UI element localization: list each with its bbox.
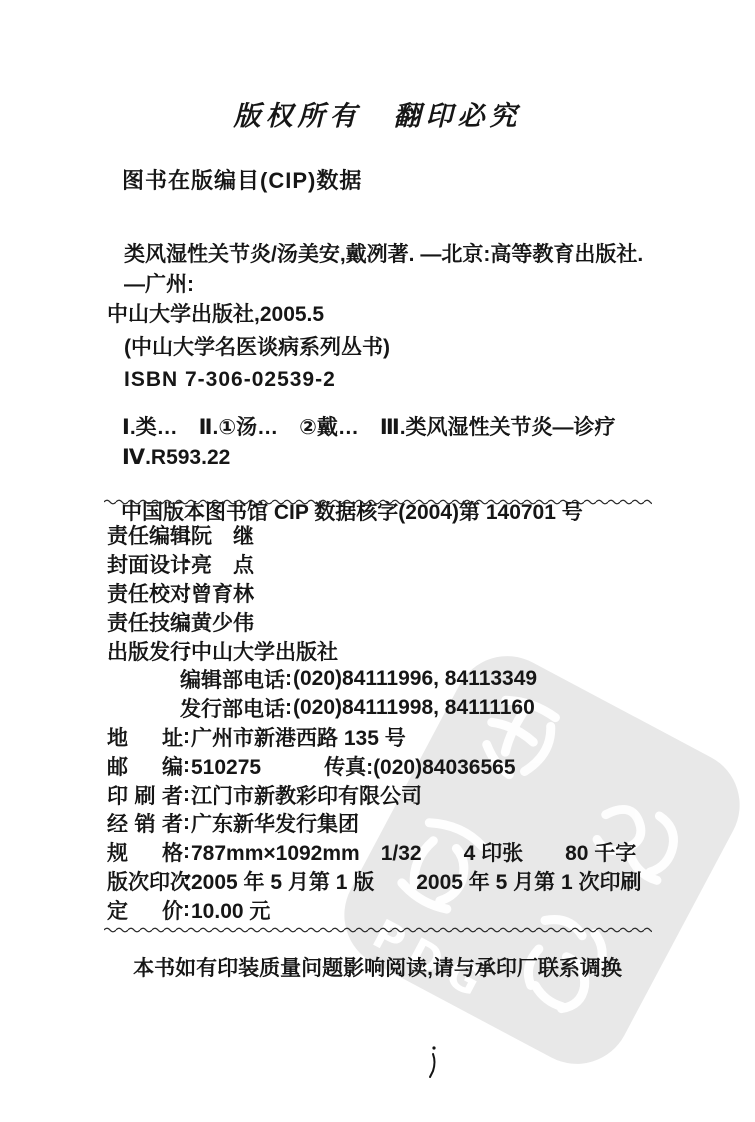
- colophon-value: 江门市新教彩印有限公司: [191, 780, 422, 810]
- colophon-label: 规格: [107, 837, 183, 867]
- colon: :: [285, 667, 292, 691]
- colon: :: [183, 581, 190, 605]
- colon: :: [183, 783, 190, 807]
- colophon-row: 定价:10.00 元: [107, 895, 687, 924]
- colophon-row: 发行部电话:(020)84111998, 84111160: [180, 694, 687, 723]
- colophon-row: 责任编辑:阮 继: [107, 521, 687, 550]
- colophon-value: 2005 年 5 月第 1 版 2005 年 5 月第 1 次印刷: [191, 866, 642, 896]
- cip-block: 图书在版编目(CIP)数据 类风湿性关节炎/汤美安,戴冽著. —北京:高等教育出…: [107, 166, 659, 528]
- cip-heading: 图书在版编目(CIP)数据: [107, 166, 659, 196]
- colophon-label: 出版发行: [107, 636, 183, 666]
- colon: :: [183, 898, 190, 922]
- isbn: ISBN 7-306-02539-2: [107, 365, 659, 395]
- colophon-row: 编辑部电话:(020)84111996, 84113349: [180, 665, 687, 694]
- colon: :: [183, 552, 190, 576]
- colophon-label: 责任编辑: [107, 520, 183, 550]
- colophon-label: 发行部电话: [180, 693, 285, 723]
- colophon-value: (020)84111998, 84111160: [293, 696, 535, 720]
- quality-note: 本书如有印装质量问题影响阅读,请与承印厂联系调换: [0, 952, 755, 982]
- colon: :: [285, 696, 292, 720]
- colon: :: [183, 610, 190, 634]
- wavy-divider-bottom: [104, 926, 652, 934]
- colophon-label: 邮编: [107, 751, 183, 781]
- cip-entry-line-2: 中山大学出版社,2005.5: [107, 300, 659, 330]
- colophon-label: 责任校对: [107, 578, 183, 608]
- colophon: 责任编辑:阮 继 封面设计:亮 点 责任校对:曾育林 责任技编:黄少伟 出版发行…: [107, 521, 687, 924]
- colophon-value: (020)84111996, 84113349: [293, 667, 537, 691]
- colophon-label: 定价: [107, 895, 183, 925]
- colophon-label: 封面设计: [107, 549, 183, 579]
- colophon-row: 责任校对:曾育林: [107, 579, 687, 608]
- colon: :: [183, 840, 190, 864]
- colon: :: [183, 725, 190, 749]
- colon: :: [183, 811, 190, 835]
- colophon-label: 编辑部电话: [180, 664, 285, 694]
- colophon-label: 印刷者: [107, 780, 183, 810]
- colophon-label: 地址: [107, 722, 183, 752]
- colophon-row: 封面设计:亮 点: [107, 550, 687, 579]
- pen-mark: [424, 1044, 440, 1082]
- cip-classification: Ⅰ.类… Ⅱ.①汤… ②戴… Ⅲ.类风湿性关节炎—诊疗 Ⅳ.R593.22: [107, 413, 659, 473]
- colophon-label: 责任技编: [107, 607, 183, 637]
- colophon-value: 10.00 元: [191, 895, 270, 925]
- colophon-value: 510275 传真:(020)84036565: [191, 751, 516, 781]
- colophon-row: 规格:787mm×1092mm 1/32 4 印张 80 千字: [107, 838, 687, 867]
- colophon-value: 787mm×1092mm 1/32 4 印张 80 千字: [191, 837, 636, 867]
- colophon-value: 黄少伟: [191, 607, 254, 637]
- colophon-row: 邮编:510275 传真:(020)84036565: [107, 751, 687, 780]
- colon: :: [183, 523, 190, 547]
- colophon-row: 责任技编:黄少伟: [107, 607, 687, 636]
- series-note: (中山大学名医谈病系列丛书): [107, 333, 659, 363]
- colophon-value: 中山大学出版社: [191, 636, 338, 666]
- copyright-notice: 版权所有 翻印必究: [0, 94, 755, 133]
- colon: :: [183, 754, 190, 778]
- colophon-value: 阮 继: [191, 520, 254, 550]
- cip-entry-line-1: 类风湿性关节炎/汤美安,戴冽著. —北京:高等教育出版社. —广州:: [107, 240, 659, 300]
- colon: :: [183, 639, 190, 663]
- colophon-label: 版次印次: [107, 866, 183, 896]
- colophon-label: 经销者: [107, 808, 183, 838]
- colophon-value: 亮 点: [191, 549, 254, 579]
- colophon-row: 地址:广州市新港西路 135 号: [107, 723, 687, 752]
- colophon-value: 曾育林: [191, 578, 254, 608]
- wavy-divider-top: [104, 498, 652, 506]
- colophon-row: 经销者:广东新华发行集团: [107, 809, 687, 838]
- colophon-row: 印刷者:江门市新教彩印有限公司: [107, 780, 687, 809]
- colophon-row: 版次印次:2005 年 5 月第 1 版 2005 年 5 月第 1 次印刷: [107, 867, 687, 896]
- colophon-value: 广州市新港西路 135 号: [191, 722, 406, 752]
- colophon-row: 出版发行:中山大学出版社: [107, 636, 687, 665]
- colon: :: [183, 869, 190, 893]
- colophon-value: 广东新华发行集团: [191, 808, 359, 838]
